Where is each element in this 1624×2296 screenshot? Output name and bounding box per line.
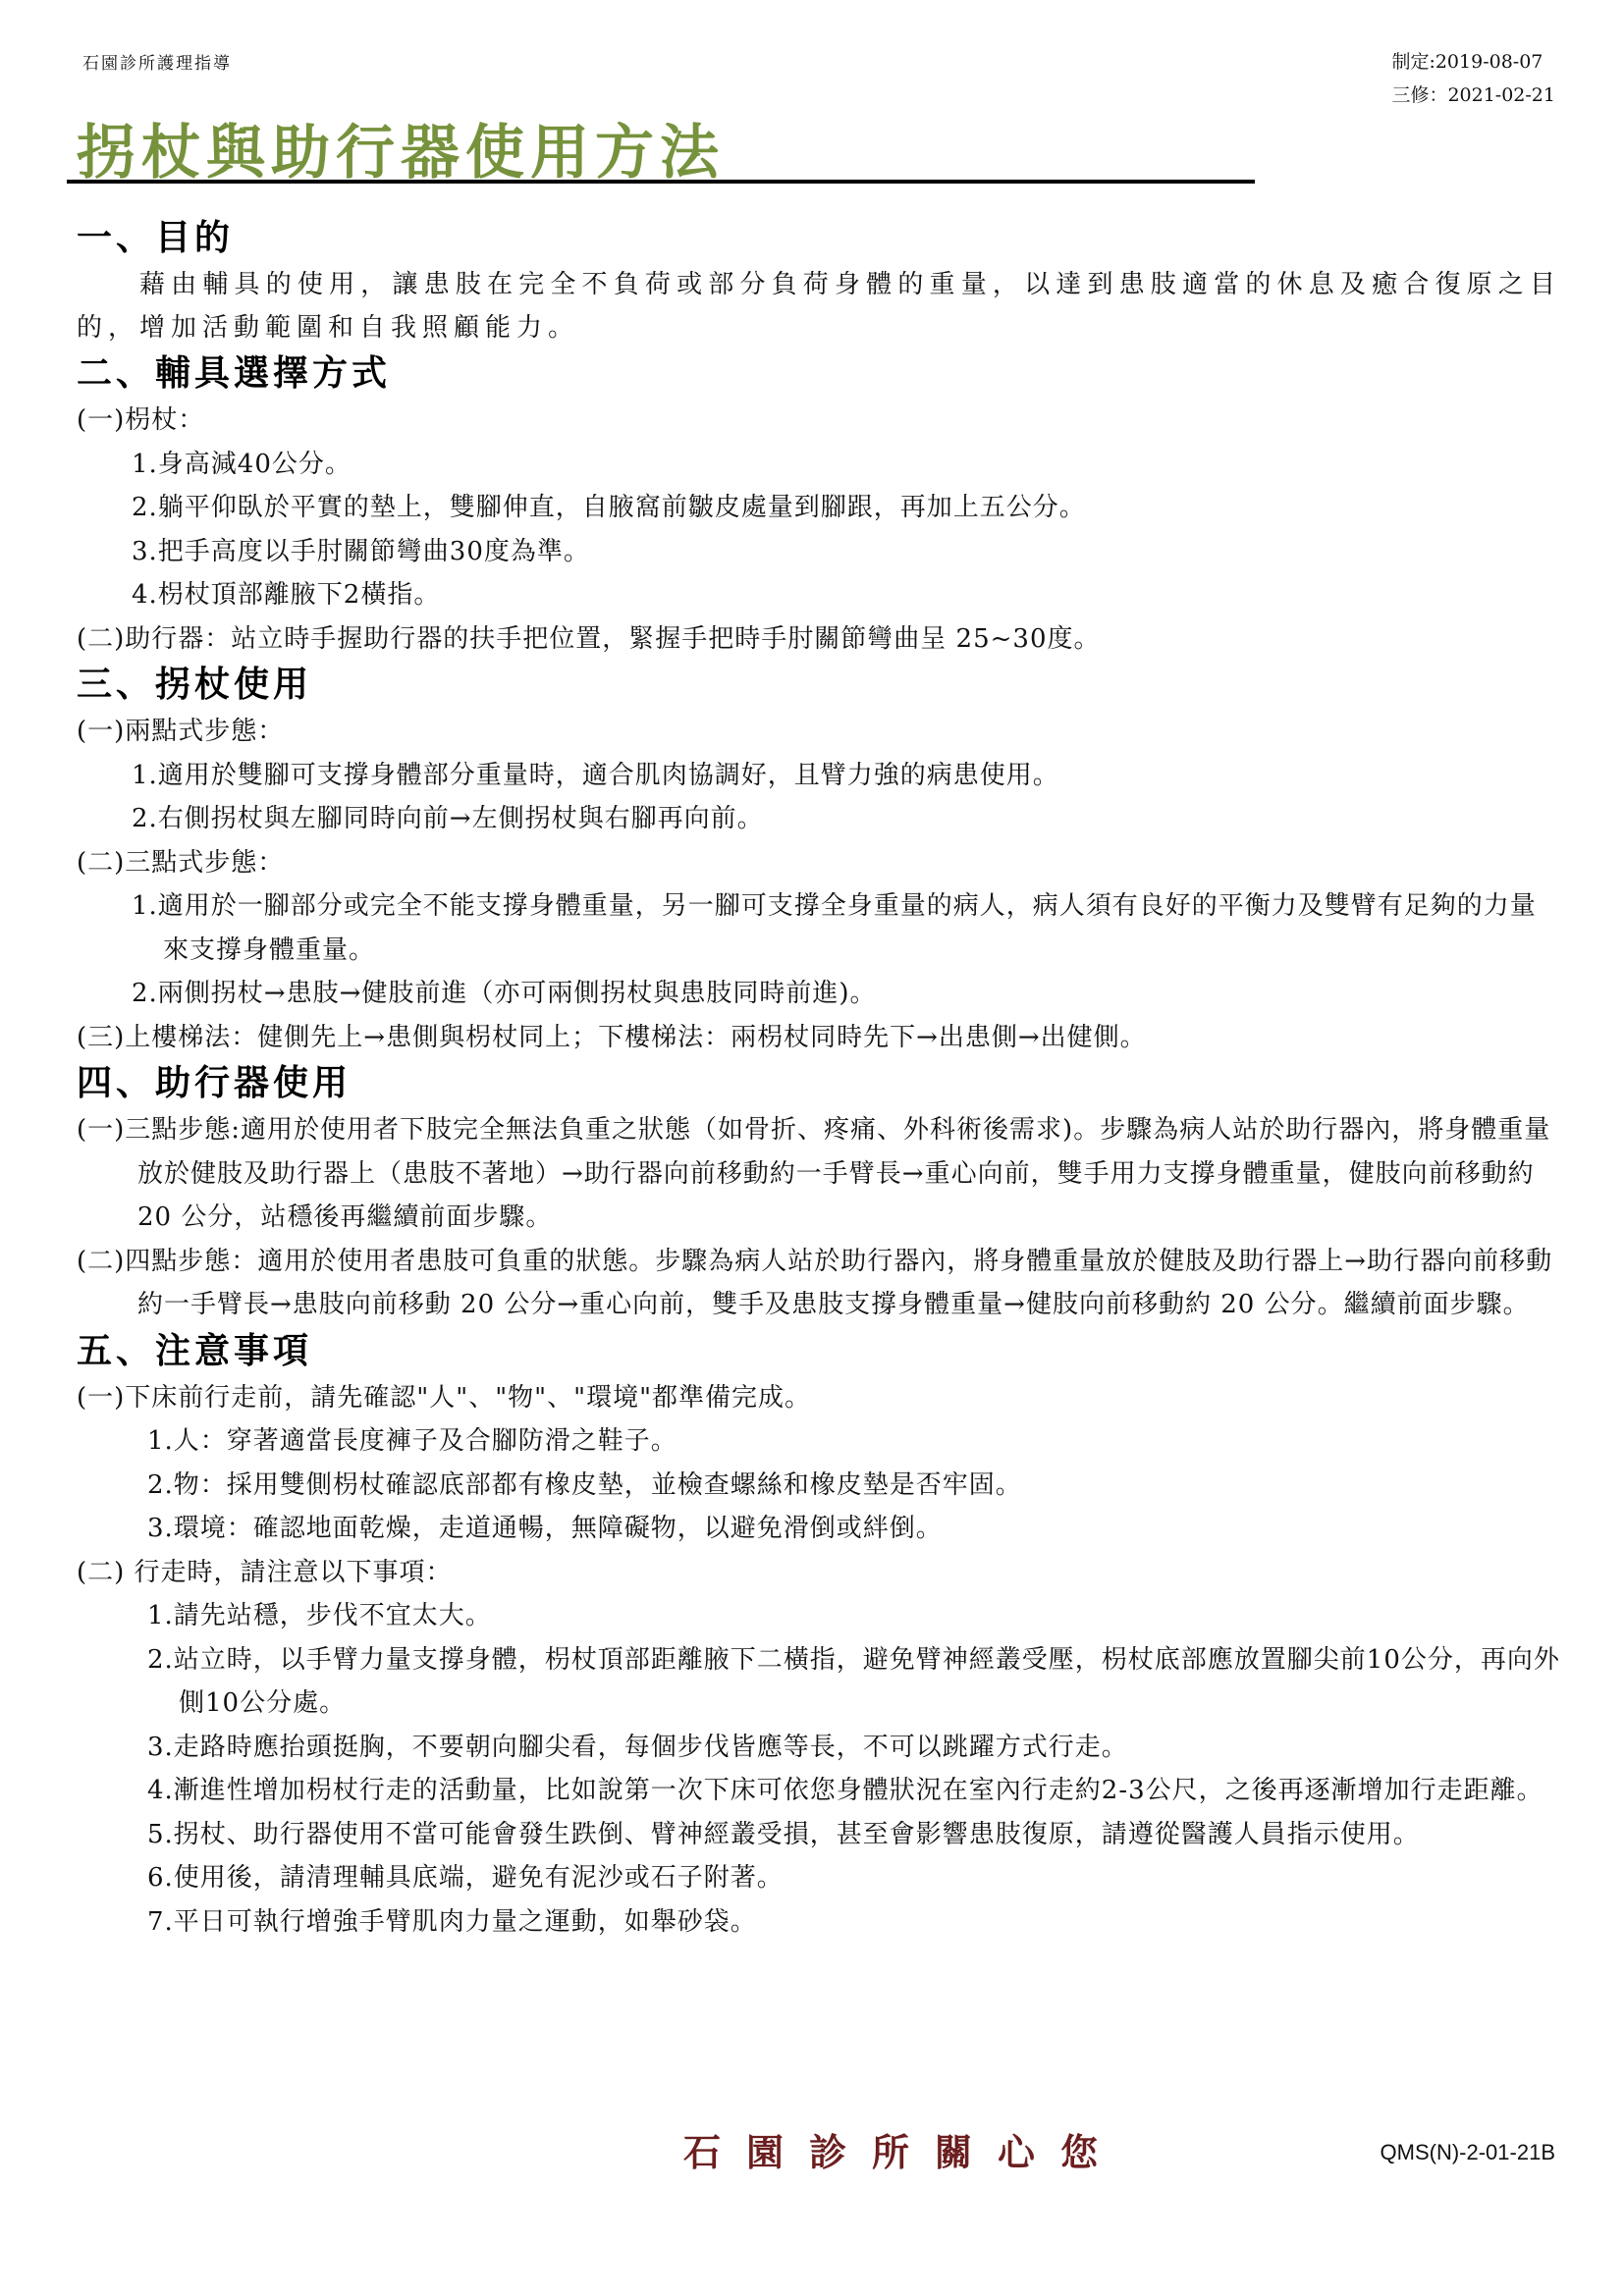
document-title: 拐杖與助行器使用方法 bbox=[77, 106, 725, 190]
list-item: 1.請先站穩，步伐不宜太大。 bbox=[77, 1594, 1561, 1638]
list-item: 2.躺平仰臥於平實的墊上，雙腳伸直，自腋窩前皺皮處量到腳跟，再加上五公分。 bbox=[77, 486, 1561, 530]
list-item: 3.把手高度以手肘關節彎曲30度為準。 bbox=[77, 530, 1561, 574]
list-item: 2.右側拐杖與左腳同時向前→左側拐杖與右腳再向前。 bbox=[77, 797, 1561, 841]
section-walker-use: 四、助行器使用 (一)三點步態:適用於使用者下肢完全無法負重之狀態（如骨折、疼痛… bbox=[77, 1059, 1561, 1327]
section-precautions: 五、注意事項 (一)下床前行走前，請先確認"人"、"物"、"環境"都準備完成。 … bbox=[77, 1327, 1561, 1945]
subsection-label: (二)三點式步態： bbox=[77, 841, 1561, 885]
subsection-label: (三)上樓梯法：健側先上→患側與枴杖同上；下樓梯法：兩枴杖同時先下→出患側→出健… bbox=[77, 1016, 1561, 1060]
list-item: 1.適用於雙腳可支撐身體部分重量時，適合肌肉協調好，且臂力強的病患使用。 bbox=[77, 754, 1561, 798]
subsection-label: (一)枴杖： bbox=[77, 399, 1561, 443]
list-item: 4.漸進性增加枴杖行走的活動量，比如說第一次下床可依您身體狀況在室內行走約2-3… bbox=[77, 1769, 1561, 1813]
list-item: 1.適用於一腳部分或完全不能支撐身體重量，另一腳可支撐全身重量的病人，病人須有良… bbox=[77, 884, 1561, 972]
organization-label: 石園診所護理指導 bbox=[82, 49, 232, 74]
document-body: 一、目的 藉由輔具的使用，讓患肢在完全不負荷或部分負荷身體的重量，以達到患肢適當… bbox=[77, 214, 1561, 1944]
list-item: 1.身高減40公分。 bbox=[77, 443, 1561, 487]
section-purpose: 一、目的 藉由輔具的使用，讓患肢在完全不負荷或部分負荷身體的重量，以達到患肢適當… bbox=[77, 214, 1561, 349]
list-item: 4.枴杖頂部離腋下2橫指。 bbox=[77, 573, 1561, 617]
section-heading: 四、助行器使用 bbox=[77, 1059, 1561, 1108]
list-item: 2.兩側拐杖→患肢→健肢前進（亦可兩側拐杖與患肢同時前進)。 bbox=[77, 972, 1561, 1016]
list-item: 6.使用後，請清理輔具底端，避免有泥沙或石子附著。 bbox=[77, 1856, 1561, 1900]
list-item: 3.環境：確認地面乾燥，走道通暢，無障礙物，以避免滑倒或絆倒。 bbox=[77, 1507, 1561, 1551]
list-item: 2.物：採用雙側枴杖確認底部都有橡皮墊，並檢查螺絲和橡皮墊是否牢固。 bbox=[77, 1464, 1561, 1508]
subsection-label: (二)助行器：站立時手握助行器的扶手把位置，緊握手把時手肘關節彎曲呈 25~30… bbox=[77, 617, 1561, 662]
document-code: QMS(N)-2-01-21B bbox=[1380, 2140, 1555, 2165]
section-heading: 一、目的 bbox=[77, 214, 1561, 263]
section-device-selection: 二、輔具選擇方式 (一)枴杖： 1.身高減40公分。 2.躺平仰臥於平實的墊上，… bbox=[77, 349, 1561, 661]
section-paragraph: 藉由輔具的使用，讓患肢在完全不負荷或部分負荷身體的重量，以達到患肢適當的休息及癒… bbox=[77, 263, 1561, 349]
list-item: 2.站立時，以手臂力量支撐身體，枴杖頂部距離腋下二橫指，避免臂神經叢受壓，枴杖底… bbox=[77, 1638, 1561, 1726]
section-crutch-use: 三、拐杖使用 (一)兩點式步態： 1.適用於雙腳可支撐身體部分重量時，適合肌肉協… bbox=[77, 661, 1561, 1059]
footer-slogan: 石園診所關心您 bbox=[683, 2122, 1123, 2176]
section-heading: 二、輔具選擇方式 bbox=[77, 349, 1561, 399]
revision-dates: 制定:2019-08-07 三修：2021-02-21 bbox=[1391, 45, 1555, 112]
subsection-label: (二) 行走時，請注意以下事項： bbox=[77, 1551, 1561, 1595]
title-divider bbox=[67, 180, 1255, 184]
list-item: 5.拐杖、助行器使用不當可能會發生跌倒、臂神經叢受損，甚至會影響患肢復原，請遵從… bbox=[77, 1813, 1561, 1857]
list-item: 1.人：穿著適當長度褲子及合腳防滑之鞋子。 bbox=[77, 1419, 1561, 1464]
subsection-label: (一)下床前行走前，請先確認"人"、"物"、"環境"都準備完成。 bbox=[77, 1376, 1561, 1420]
section-heading: 三、拐杖使用 bbox=[77, 661, 1561, 710]
established-date: 制定:2019-08-07 bbox=[1391, 45, 1555, 79]
section-heading: 五、注意事項 bbox=[77, 1327, 1561, 1376]
revision-date: 三修：2021-02-21 bbox=[1391, 79, 1555, 112]
subsection-label: (一)兩點式步態： bbox=[77, 710, 1561, 754]
subsection-label: (一)三點步態:適用於使用者下肢完全無法負重之狀態（如骨折、疼痛、外科術後需求)… bbox=[77, 1108, 1561, 1240]
list-item: 3.走路時應抬頭挺胸，不要朝向腳尖看，每個步伐皆應等長，不可以跳躍方式行走。 bbox=[77, 1726, 1561, 1770]
list-item: 7.平日可執行增強手臂肌肉力量之運動，如舉砂袋。 bbox=[77, 1900, 1561, 1945]
subsection-label: (二)四點步態：適用於使用者患肢可負重的狀態。步驟為病人站於助行器內，將身體重量… bbox=[77, 1240, 1561, 1327]
